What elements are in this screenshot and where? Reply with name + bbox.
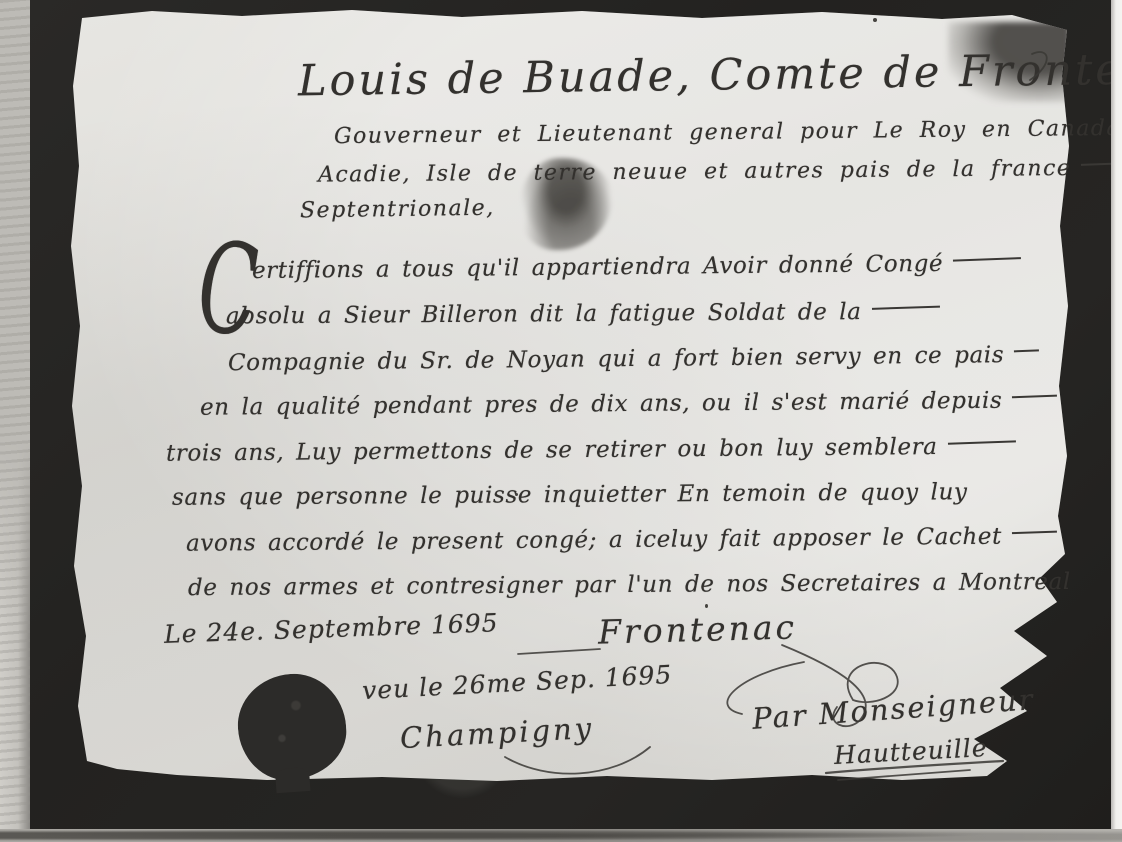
line-filler-stroke (1014, 349, 1039, 352)
body-line-2: absolu a Sieur Billeron dit la fatigue S… (226, 299, 940, 330)
bottom-margin-strip (0, 829, 1122, 842)
frontenac-signature-text: Frontenac (598, 607, 798, 651)
ink-speck (705, 604, 708, 608)
body-text-6: sans que personne le puisse inquietter E… (172, 479, 968, 511)
line-filler-stroke (947, 440, 1015, 444)
left-margin-strip (0, 0, 30, 842)
frontenac-signature: Frontenac (598, 607, 798, 651)
subtitle-line-3: Septentrionale, (300, 196, 495, 224)
right-margin-strip (1111, 0, 1122, 842)
drop-cap-text: C (196, 214, 260, 365)
body-line-6: sans que personne le puisse inquietter E… (172, 479, 968, 511)
photo-of-manuscript: Louis de Buade, Comte de Frontenac Gouve… (0, 0, 1122, 842)
ink-speck (873, 18, 877, 22)
line-filler-stroke (1012, 395, 1057, 399)
drop-cap-initial: C (196, 225, 260, 355)
line-filler-stroke (953, 257, 1021, 261)
line-filler-stroke (1012, 531, 1057, 535)
body-text-2: absolu a Sieur Billeron dit la fatigue S… (226, 299, 862, 329)
line-filler-stroke (871, 306, 939, 310)
subtitle-text-3: Septentrionale, (300, 196, 495, 224)
